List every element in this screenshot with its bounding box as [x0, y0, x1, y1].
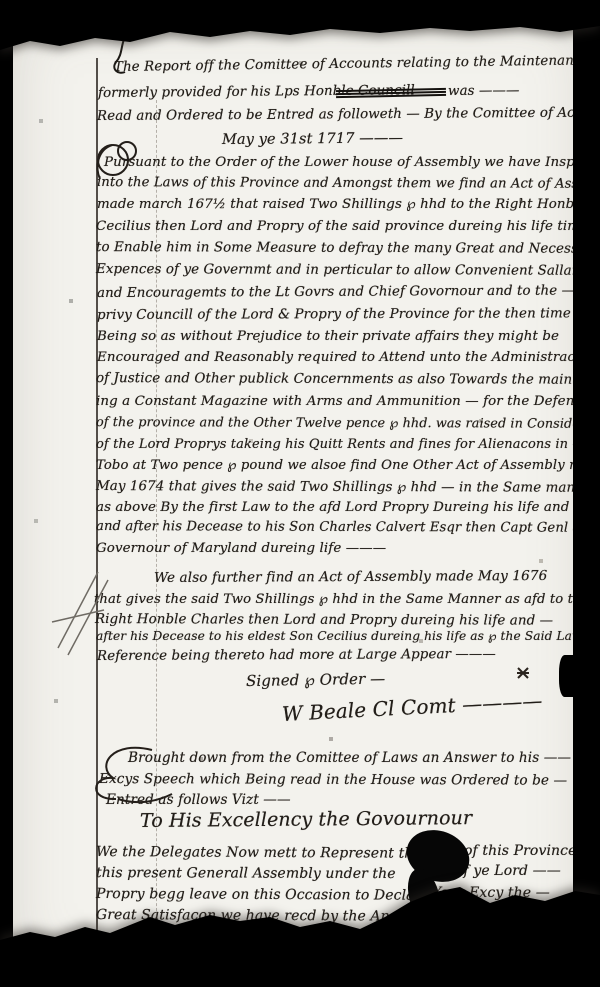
manuscript-line: Being so as without Prejudice to their p…: [97, 329, 559, 344]
manuscript-line: Pursuant to the Order of the Lower house…: [104, 155, 600, 170]
manuscript-line: of Justice and Other publick Concernment…: [96, 371, 599, 388]
manuscript-line: of this Province: [464, 843, 577, 859]
torn-edge-bottom: [0, 877, 600, 987]
manuscript-line: ing a Constant Magazine with Arms and Am…: [96, 394, 590, 409]
manuscript-line: W Beale Cl Comt ————: [281, 688, 543, 726]
manuscript-text: The Report off the Comittee of Accounts …: [0, 0, 600, 987]
manuscript-line: to Enable him in Some Measure to defray …: [96, 240, 600, 257]
manuscript-line: Reference being thereto had more at Larg…: [97, 647, 496, 664]
torn-edge-top: [0, 0, 600, 60]
manuscript-line: Right Honble Charles then Lord and Propr…: [95, 612, 553, 629]
manuscript-line: made march 167½ that raised Two Shilling…: [97, 197, 587, 212]
scan-edge-left: [0, 0, 13, 987]
manuscript-line: Tobo at Two pence ℘ pound we alsoe find …: [96, 458, 600, 473]
scanned-page: The Report off the Comittee of Accounts …: [0, 0, 600, 987]
manuscript-line: of the Lord Proprys takeing his Quitt Re…: [96, 437, 599, 452]
manuscript-line: We the Delegates Now mett to Represent t…: [96, 844, 422, 862]
manuscript-line: of the province and the Other Twelve pen…: [96, 415, 600, 432]
manuscript-line: Entred as follows Vizt ——: [106, 792, 291, 808]
manuscript-line: and Encouragemts to the Lt Govrs and Chi…: [97, 283, 589, 301]
manuscript-line: was ———: [448, 83, 520, 99]
manuscript-line: after his Decease to his eldest Son Ceci…: [96, 629, 600, 643]
manuscript-line: as above By the first Law to the afd Lor…: [96, 500, 569, 515]
manuscript-line: May 1674 that gives the said Two Shillin…: [96, 479, 599, 496]
manuscript-line: Read and Ordered to be Entred as followe…: [97, 106, 595, 124]
manuscript-line: May ye 31st 1717 ———: [222, 130, 403, 148]
manuscript-line: Cecilius then Lord and Propry of the sai…: [96, 219, 588, 234]
manuscript-line: Excys Speech which Being read in the Hou…: [99, 771, 567, 789]
manuscript-line: To His Excellency the Govournour: [140, 807, 472, 832]
manuscript-line: into the Laws of this Province and Among…: [97, 175, 600, 192]
manuscript-line: privy Councill of the Lord & Propry of t…: [97, 306, 571, 323]
manuscript-line: Governour of Maryland dureing life ———: [96, 541, 386, 556]
manuscript-line: Signed ℘ Order —: [246, 670, 386, 690]
manuscript-line: We also further find an Act of Assembly …: [154, 568, 547, 586]
manuscript-line: Brought down from the Comittee of Laws a…: [128, 750, 571, 766]
manuscript-line: that gives the said Two Shillings ℘ hhd …: [94, 592, 590, 607]
paper: The Report off the Comittee of Accounts …: [0, 0, 600, 987]
scan-edge-right: [573, 0, 600, 987]
manuscript-line: Encouraged and Reasonably required to At…: [97, 350, 592, 365]
manuscript-line: and after his Decease to his Son Charles…: [96, 519, 598, 536]
manuscript-line: Expences of ye Governmt and in perticula…: [96, 262, 593, 279]
